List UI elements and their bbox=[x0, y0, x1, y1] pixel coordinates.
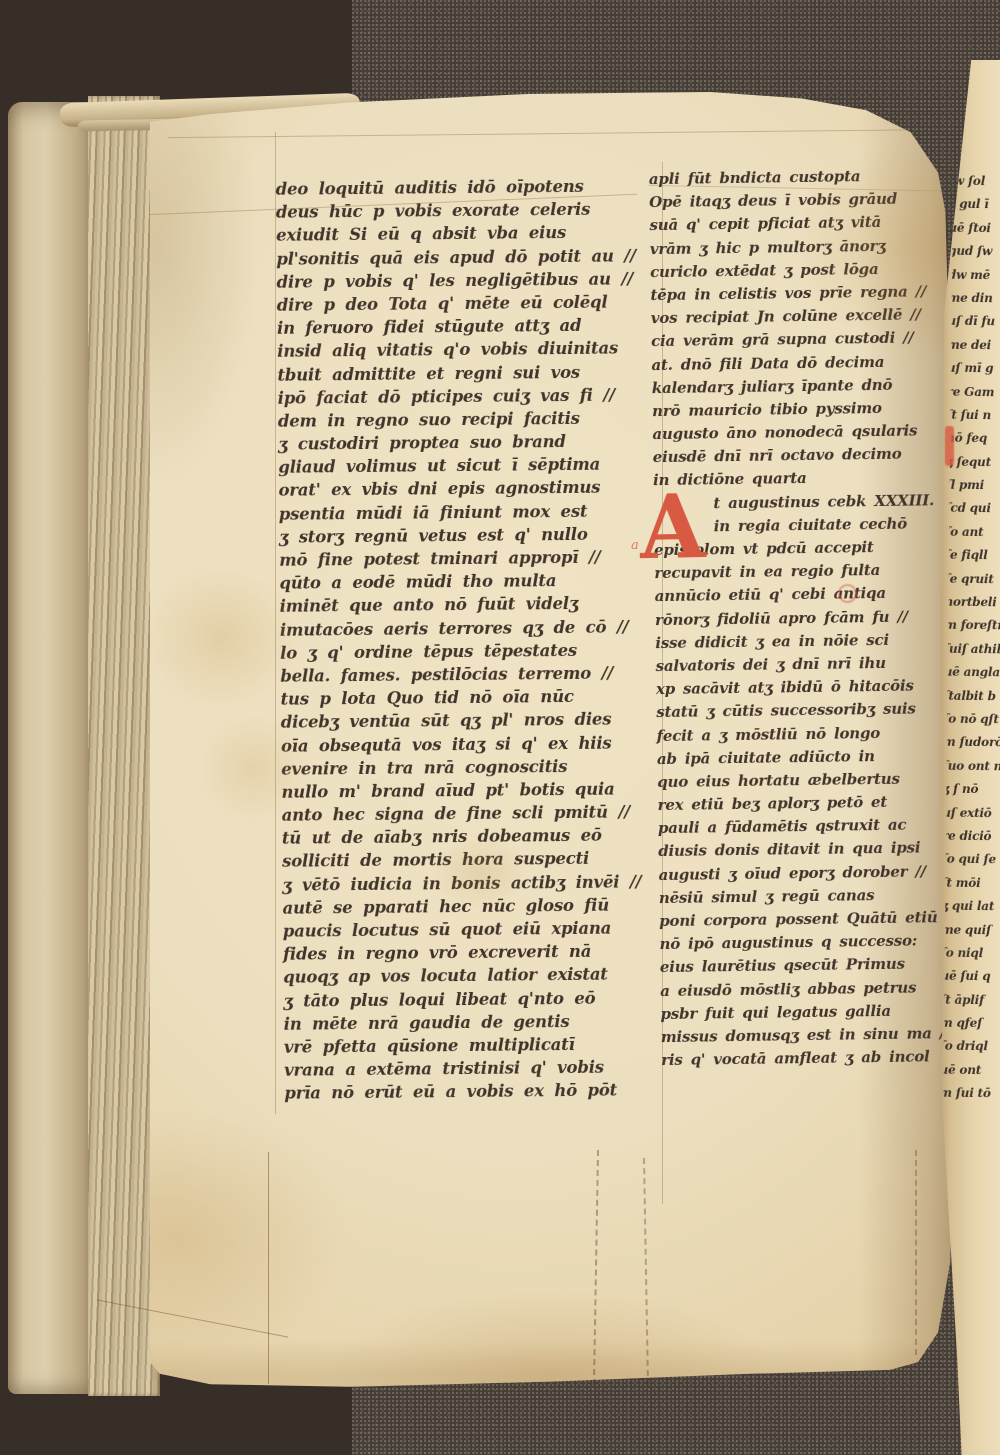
facing-page-text-line: uē ont bbox=[943, 1058, 998, 1082]
facing-page-text-line: ʒ qui lat bbox=[943, 895, 999, 919]
vellum-cover-edge bbox=[8, 102, 92, 1394]
facing-page-text-line: ſo niql bbox=[943, 942, 999, 966]
parchment-crease-vertical bbox=[268, 1152, 269, 1384]
facing-page-text-line: me din bbox=[948, 287, 1000, 311]
manuscript-text-line: dicebʒ ventūa sūt qʒ pl' nros dies bbox=[281, 708, 649, 735]
manuscript-text-line: exiudit Si eū q absit vba eius bbox=[276, 221, 644, 248]
manuscript-text-line: bella. fames. pestilōcias terremo // bbox=[280, 661, 648, 688]
manuscript-text-line: in feruoro fidei stūgute attʒ ad bbox=[277, 313, 645, 340]
text-column-right: apli fūt bndicta custoptaOpē itaqʒ deus … bbox=[649, 164, 967, 1072]
facing-page-text-line: ſo driql bbox=[943, 1035, 998, 1059]
manuscript-text-line: prīa nō erūt eū a vobis ex hō pōt bbox=[284, 1079, 652, 1106]
facing-page-text-line: ſo ant bbox=[945, 521, 1000, 545]
facing-page-text-line: gud ſw bbox=[948, 240, 1000, 264]
book-binding-edge bbox=[8, 96, 160, 1396]
facing-page-red-initial bbox=[945, 426, 954, 466]
facing-page-text-line: me quiſ bbox=[943, 918, 999, 942]
manuscript-page-verso: deo loquitū auditis idō oīpotensdeus hūc… bbox=[150, 92, 955, 1392]
manuscript-text-line: insid aliq vitatis q'o vobis diuinitas bbox=[277, 337, 645, 364]
facing-page-text-line: uē angla bbox=[944, 661, 1000, 685]
manuscript-text-line: ʒ storʒ regnū vetus est q' nullo bbox=[279, 522, 647, 549]
facing-page-text-line: ſt āplif bbox=[943, 988, 998, 1012]
facing-page-text-line: ſuiſ athil bbox=[944, 637, 1000, 661]
facing-page-text-line: re diciō bbox=[943, 825, 1000, 849]
facing-page-text-line: ʒ ſ nō bbox=[943, 778, 1000, 802]
manuscript-text-line: deus hūc p vobis exorate celeris bbox=[276, 197, 644, 224]
manuscript-text-line: ris q' vocatā amfleat ʒ ab incol bbox=[661, 1045, 966, 1072]
facing-page-text-line: ſuo ont n bbox=[943, 754, 1000, 778]
facing-page-text-line: nortbeli bbox=[944, 591, 1000, 615]
manuscript-text-line: deo loquitū auditis idō oīpotens bbox=[276, 174, 644, 201]
manuscript-text-line: fides in regno vrō excreverit nā bbox=[283, 939, 651, 966]
manuscript-text-line: in mēte nrā gaudia de gentis bbox=[284, 1009, 652, 1036]
manuscript-text-line: tus p lota Quo tid nō oīa nūc bbox=[280, 684, 648, 711]
facing-page-text-line: uē ſui q bbox=[943, 965, 999, 989]
facing-page-text-line: ſt mōi bbox=[943, 871, 1000, 895]
facing-page-text-line: nō feq bbox=[946, 427, 1000, 451]
facing-page-text-line: m qfeſ bbox=[943, 1012, 998, 1036]
manuscript-text-line: autē se pparati hec nūc gloso fiū bbox=[282, 893, 650, 920]
manuscript-text-line: qūto a eodē mūdi tho multa bbox=[279, 568, 647, 595]
manuscript-text-line: pl'sonitis quā eis apud dō potit au // bbox=[276, 244, 644, 271]
facing-page-text-line: uſ dī fu bbox=[947, 310, 1000, 334]
manuscript-text-line: tū ut de aīabʒ nris dobeamus eō bbox=[282, 823, 650, 850]
manuscript-text-line: dire p vobis q' les negligētibus au // bbox=[276, 267, 644, 294]
facing-page-text-line: ſo nō qſt bbox=[943, 708, 1000, 732]
facing-page-text-line: ſcd qui bbox=[945, 497, 1000, 521]
manuscript-text-line: lo ʒ q' ordine tēpus tēpestates bbox=[280, 638, 648, 665]
manuscript-text-line: quoqʒ ap vos locuta latior existat bbox=[283, 963, 651, 990]
manuscript-text-line: anto hec signa de fine scli pmitū // bbox=[282, 800, 650, 827]
facing-page-text-line: dw mē bbox=[948, 263, 1000, 287]
facing-page-text-line: me dei bbox=[947, 333, 1000, 357]
rubric-initial-letter: A bbox=[639, 485, 710, 568]
manuscript-text-line: iminēt que anto nō fuūt videlʒ bbox=[280, 592, 648, 619]
facing-page-text-line: ſo qui ſe bbox=[943, 848, 1000, 872]
manuscript-text-line: ʒ tāto plus loqui libeat q'nto eō bbox=[283, 986, 651, 1013]
facing-page-text-line: m foreſtm bbox=[944, 614, 1000, 638]
text-column-left: deo loquitū auditis idō oīpotensdeus hūc… bbox=[276, 174, 653, 1105]
facing-page-text-line: uē ſtoi bbox=[948, 216, 1000, 240]
facing-page-text-line: uſ extiō bbox=[943, 801, 1000, 825]
page-stack-edges bbox=[88, 96, 160, 1396]
manuscript-text-line: mō fine potest tminari appropī // bbox=[279, 545, 647, 572]
facing-page-text-strip: ſw ſolʒ gul īuē ſtoigud ſwdw mēme dinuſ … bbox=[943, 170, 1000, 1121]
manuscript-text-line: ʒ vētō iudicia in bonis actibʒ invēi // bbox=[282, 870, 650, 897]
facing-page-text-line: ſtalbit b bbox=[943, 684, 1000, 708]
facing-page-text-line: uſ mī g bbox=[947, 357, 1000, 381]
manuscript-text-line: psentia mūdi iā finiunt mox est bbox=[279, 499, 647, 526]
manuscript-text-line: vrē pfetta qūsione multiplicatī bbox=[284, 1032, 652, 1059]
parchment-crease-dashed-3 bbox=[915, 1150, 917, 1355]
manuscript-text-line: dire p deo Tota q' mēte eū colēql bbox=[277, 290, 645, 317]
facing-page-text-line: m ſui tō bbox=[943, 1082, 997, 1106]
facing-page-text-line: ſl pmi bbox=[946, 474, 1000, 498]
facing-page-text-line: m ſudorō bbox=[943, 731, 1000, 755]
facing-page-text-line: ſe fiqll bbox=[945, 544, 1000, 568]
manuscript-photo: deo loquitū auditis idō oīpotensdeus hūc… bbox=[0, 0, 1000, 1455]
rubric-guide-letter: a bbox=[631, 539, 639, 552]
facing-page-text-line: ſe qruit bbox=[945, 567, 1000, 591]
facing-page-text-line: re Gam bbox=[947, 380, 1000, 404]
ruling-line-horizontal-top bbox=[168, 129, 958, 138]
manuscript-text-line: tbuit admittite et regni sui vos bbox=[277, 360, 645, 387]
manuscript-text-line: paucis locutus sū quot eiū xpiana bbox=[283, 916, 651, 943]
facing-page-text-line: ſt ſui n bbox=[946, 404, 1000, 428]
manuscript-text-line: imutacōes aeris terrores qʒ de cō // bbox=[280, 615, 648, 642]
red-ink-mark bbox=[838, 584, 857, 603]
manuscript-text-line: solliciti de mortis hora suspecti bbox=[282, 847, 650, 874]
manuscript-text-line: orat' ex vbis dni epis agnostimus bbox=[278, 476, 646, 503]
